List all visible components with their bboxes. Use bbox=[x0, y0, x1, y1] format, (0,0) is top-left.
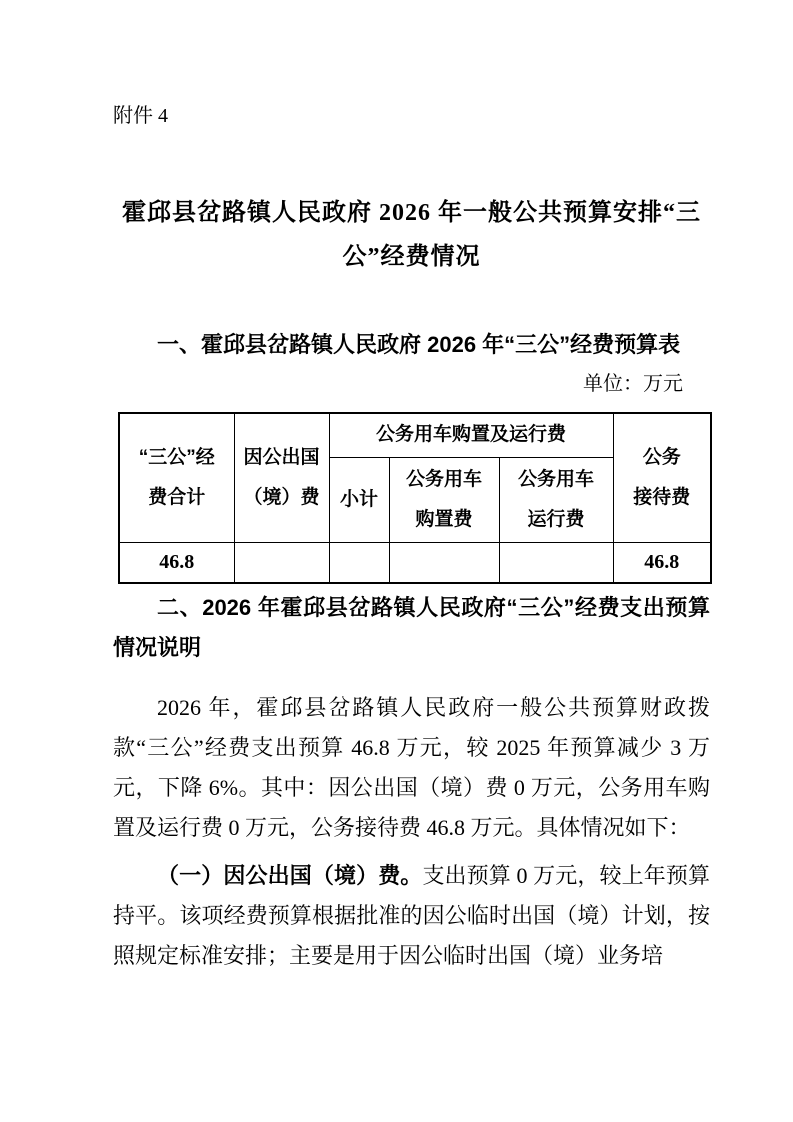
header-line: 公务用车 bbox=[392, 460, 497, 500]
cell-vehicle-subtotal bbox=[329, 542, 389, 583]
header-vehicle-purchase: 公务用车 购置费 bbox=[389, 457, 499, 542]
attachment-label: 附件 4 bbox=[113, 103, 710, 129]
table-data-row: 46.8 46.8 bbox=[119, 542, 711, 583]
section-two-heading: 二、2026 年霍邱县岔路镇人民政府“三公”经费支出预算情况说明 bbox=[113, 588, 710, 668]
item-one-lead: （一）因公出国（境）费。 bbox=[157, 863, 422, 888]
header-abroad: 因公出国 （境）费 bbox=[234, 413, 329, 542]
section-one-heading: 一、霍邱县岔路镇人民政府 2026 年“三公”经费预算表 bbox=[113, 325, 710, 365]
header-line: “三公”经 bbox=[122, 438, 232, 478]
header-line: 运行费 bbox=[502, 500, 611, 540]
overview-paragraph: 2026 年，霍邱县岔路镇人民政府一般公共预算财政拨款“三公”经费支出预算 46… bbox=[113, 688, 710, 848]
header-line: 接待费 bbox=[616, 478, 709, 518]
header-line: 公务 bbox=[616, 438, 709, 478]
cell-vehicle-purchase bbox=[389, 542, 499, 583]
item-one-paragraph: （一）因公出国（境）费。支出预算 0 万元，较上年预算持平。该项经费预算根据批准… bbox=[113, 856, 710, 976]
header-line: （境）费 bbox=[237, 478, 327, 518]
header-total: “三公”经 费合计 bbox=[119, 413, 234, 542]
cell-abroad bbox=[234, 542, 329, 583]
document-page: 附件 4 霍邱县岔路镇人民政府 2026 年一般公共预算安排“三公”经费情况 一… bbox=[0, 0, 793, 1122]
table-unit-note: 单位：万元 bbox=[113, 369, 710, 399]
header-vehicle-group: 公务用车购置及运行费 bbox=[329, 413, 613, 457]
header-line: 购置费 bbox=[392, 500, 497, 540]
header-line: 因公出国 bbox=[237, 438, 327, 478]
document-title: 霍邱县岔路镇人民政府 2026 年一般公共预算安排“三公”经费情况 bbox=[113, 191, 710, 279]
three-public-budget-table: “三公”经 费合计 因公出国 （境）费 公务用车购置及运行费 公务 接待费 小计… bbox=[118, 412, 712, 584]
header-vehicle-operation: 公务用车 运行费 bbox=[499, 457, 613, 542]
header-vehicle-subtotal: 小计 bbox=[329, 457, 389, 542]
header-reception: 公务 接待费 bbox=[613, 413, 711, 542]
cell-vehicle-operation bbox=[499, 542, 613, 583]
header-line: 公务用车 bbox=[502, 460, 611, 500]
table-header-row-group: “三公”经 费合计 因公出国 （境）费 公务用车购置及运行费 公务 接待费 bbox=[119, 413, 711, 457]
cell-reception: 46.8 bbox=[613, 542, 711, 583]
header-line: 费合计 bbox=[122, 478, 232, 518]
cell-total: 46.8 bbox=[119, 542, 234, 583]
